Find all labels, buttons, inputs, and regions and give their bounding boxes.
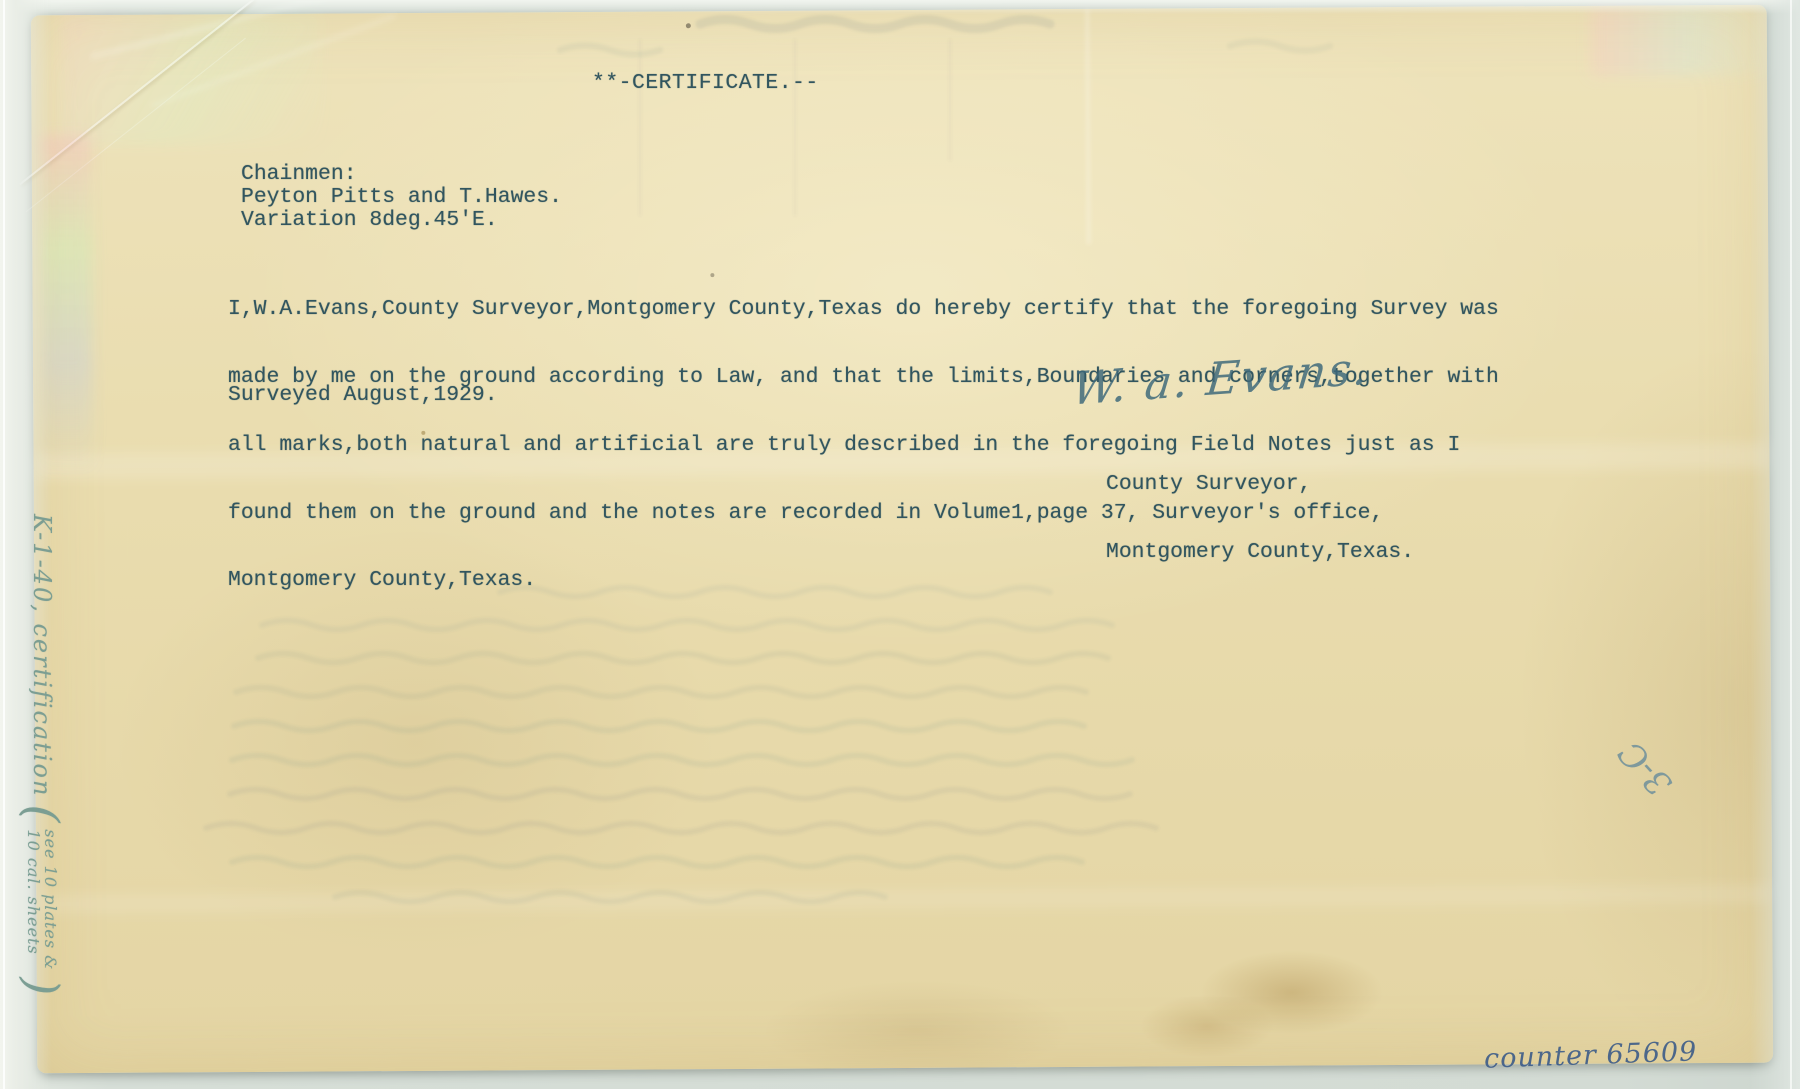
sleeve-wrinkle (151, 14, 396, 107)
signoff-location: Montgomery County,Texas. (1106, 541, 1414, 564)
signoff-block: County Surveyor, Montgomery County,Texas… (1106, 428, 1414, 609)
scanned-certificate-page: **-CERTIFICATE.-- Chainmen: Peyton Pitts… (0, 0, 1800, 1089)
margin-note-parenthetical: see 10 plates & 10 cal. sheets (25, 829, 59, 970)
chainmen-label: Chainmen: (241, 163, 357, 186)
sleeve-reflection-band (36, 885, 1772, 914)
variation-line: Variation 8deg.45'E. (241, 209, 498, 232)
corner-crease (26, 38, 246, 213)
margin-note-paren-line2: 10 cal. sheets (25, 829, 42, 970)
counter-number-note: counter 65609 (1484, 1036, 1698, 1074)
iridescent-reflection (61, 14, 322, 146)
signoff-title: County Surveyor, (1106, 473, 1414, 496)
margin-note-close-paren: ) (22, 977, 62, 995)
margin-filing-note: K-1-40, certification ( see 10 plates & … (22, 514, 62, 1020)
corner-crease (19, 0, 256, 185)
margin-note-open-paren: ( (22, 804, 62, 822)
iridescent-reflection (1591, 5, 1781, 76)
margin-note-paren-line1: see 10 plates & (42, 829, 59, 970)
margin-note-text: K-1-40, certification (28, 514, 56, 797)
surveyed-date-line: Surveyed August,1929. (228, 384, 498, 407)
ink-speck (686, 23, 691, 28)
sleeve-wrinkle (91, 0, 421, 59)
sleeve-wrinkle (1086, 9, 1090, 244)
certificate-title: **-CERTIFICATE.-- (592, 72, 819, 95)
chainmen-names: Peyton Pitts and T.Hawes. (241, 186, 562, 209)
iridescent-reflection (40, 135, 94, 475)
body-line-1: I,W.A.Evans,County Surveyor,Montgomery C… (228, 298, 1499, 321)
